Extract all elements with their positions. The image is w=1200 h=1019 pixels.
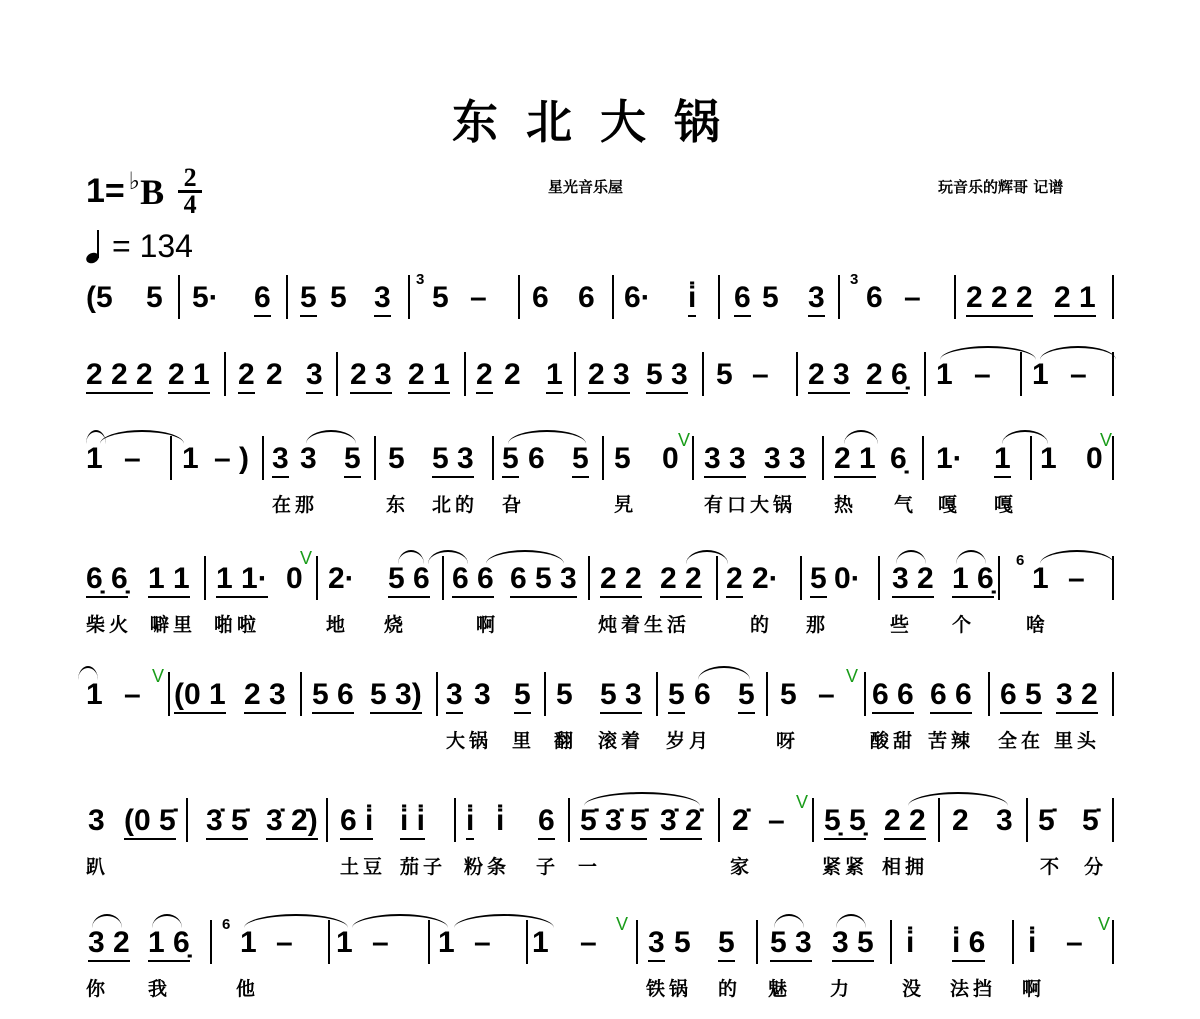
slur-arc	[454, 914, 554, 928]
breath-mark-icon: V	[1098, 914, 1110, 935]
note: 6 i̇	[340, 806, 373, 840]
note: 6	[578, 283, 595, 313]
slur-arc	[844, 430, 878, 444]
barline	[1112, 436, 1114, 480]
publisher-label: 星光音乐屋	[548, 176, 623, 197]
note: 5 6	[388, 564, 430, 598]
lyric: 柴火	[86, 610, 132, 637]
lyric: 岁月	[666, 726, 712, 753]
grace-note: 6	[1016, 554, 1024, 568]
note: 1	[182, 444, 199, 474]
note: 3 5	[832, 928, 874, 962]
slur-arc	[428, 550, 468, 564]
lyric: 你	[86, 974, 109, 1001]
barline	[374, 436, 376, 480]
note: 5	[330, 283, 347, 313]
note: 3	[374, 283, 391, 317]
barline	[574, 352, 576, 396]
barline	[796, 352, 798, 396]
barline	[1026, 798, 1028, 842]
barline	[878, 556, 880, 600]
lyric: 茄子	[400, 852, 446, 879]
barline	[544, 672, 546, 716]
lyric: 紧紧	[822, 852, 868, 879]
barline	[988, 672, 990, 716]
note: 5 3)	[370, 680, 422, 714]
note: 5	[718, 928, 735, 962]
lyric: 魅	[768, 974, 791, 1001]
note: 6 6	[452, 564, 494, 598]
note: 6	[734, 283, 751, 317]
lyric: 那	[806, 610, 829, 637]
lyric: 苦辣	[928, 726, 974, 753]
note: 6	[532, 283, 549, 313]
barline	[822, 436, 824, 480]
breath-mark-icon: V	[152, 666, 164, 687]
note: 5	[432, 283, 449, 313]
note: 5	[716, 360, 733, 390]
note: 1·	[936, 444, 963, 474]
barline	[262, 436, 264, 480]
lyric: 全在	[998, 726, 1044, 753]
barline	[286, 275, 288, 319]
barline	[766, 672, 768, 716]
note: –	[470, 283, 487, 313]
note: 1	[240, 928, 257, 958]
lyric: 的	[750, 610, 773, 637]
note: –	[1068, 564, 1085, 594]
note: 2·	[752, 564, 779, 594]
lyric: 啪啦	[214, 610, 260, 637]
note: 5	[762, 283, 779, 313]
note: 3	[474, 680, 491, 710]
note: 2 6̣	[866, 360, 908, 394]
slur-arc	[1040, 346, 1116, 360]
note: 5	[344, 444, 361, 478]
barline	[210, 920, 212, 964]
note: – )	[214, 444, 249, 474]
slur-arc	[306, 430, 356, 444]
note: 3	[88, 806, 105, 836]
note: 5	[300, 283, 317, 317]
note: 5	[514, 680, 531, 714]
note: –	[580, 928, 597, 958]
note: 0·	[834, 564, 861, 594]
lyric: 噼里	[150, 610, 196, 637]
barline	[998, 556, 1000, 600]
barline	[838, 275, 840, 319]
barline	[718, 275, 720, 319]
note: 3 2	[892, 564, 934, 598]
note: 3	[300, 444, 317, 474]
slur-arc	[940, 346, 1036, 360]
time-signature: 2 4	[178, 166, 202, 217]
note: 6	[538, 806, 555, 840]
note: 6	[866, 283, 883, 313]
barline	[1112, 672, 1114, 716]
slur-arc	[1040, 550, 1114, 564]
lyric: 个	[952, 610, 975, 637]
note: –	[124, 444, 141, 474]
breath-mark-icon: V	[846, 666, 858, 687]
barline	[408, 275, 410, 319]
note: (0 5̇	[124, 806, 176, 840]
note: 5	[810, 564, 827, 598]
barline	[492, 436, 494, 480]
slur-arc	[398, 550, 424, 564]
note: 5	[780, 680, 797, 710]
lyric: 气	[894, 490, 917, 517]
note: 6̣ 6̣	[86, 564, 128, 598]
lyric: 热	[834, 490, 857, 517]
slur-arc	[1002, 430, 1048, 444]
note: 6·	[624, 283, 651, 313]
note: 2	[952, 806, 969, 836]
note: 3	[306, 360, 323, 394]
lyric: 些	[890, 610, 913, 637]
slur-arc	[78, 666, 98, 680]
note: 1 1·	[216, 564, 268, 598]
note: 3̇ 2̇)	[266, 806, 318, 840]
barline	[168, 672, 170, 716]
note: 0	[662, 444, 679, 474]
slur-arc	[836, 914, 866, 928]
lyric: 滚着	[598, 726, 644, 753]
barline	[756, 920, 758, 964]
note: –	[818, 680, 835, 710]
barline	[922, 436, 924, 480]
note: 6 6	[930, 680, 972, 714]
lyric: 地	[326, 610, 349, 637]
barline	[636, 920, 638, 964]
lyric: 啥	[1026, 610, 1049, 637]
barline	[602, 436, 604, 480]
lyric: 旯	[614, 490, 637, 517]
barline	[336, 352, 338, 396]
note: 2 2	[884, 806, 926, 840]
note: –	[1066, 928, 1083, 958]
note: –	[904, 283, 921, 313]
slur-arc	[698, 666, 750, 680]
slur-arc	[92, 914, 122, 928]
slur-arc	[774, 914, 804, 928]
barline	[1112, 920, 1114, 964]
lyric: 我	[148, 974, 171, 1001]
note: 3	[446, 680, 463, 714]
lyric: 趴	[86, 852, 109, 879]
barline	[800, 556, 802, 600]
note: 2 1	[834, 444, 876, 478]
note: 5	[738, 680, 755, 714]
lyric: 不	[1040, 852, 1063, 879]
barline	[436, 672, 438, 716]
key-prefix: 1=	[86, 172, 125, 211]
note: 2 2	[600, 564, 642, 598]
barline	[954, 275, 956, 319]
lyric: 相拥	[882, 852, 928, 879]
barline	[178, 275, 180, 319]
note: 2	[266, 360, 283, 390]
slur-arc	[100, 430, 184, 444]
lyric: 有口大锅	[704, 490, 796, 517]
lyric: 里头	[1054, 726, 1100, 753]
barline	[924, 352, 926, 396]
note: 2 3	[588, 360, 630, 394]
lyric: 一	[578, 852, 601, 879]
lyric: 分	[1084, 852, 1107, 879]
lyric: 粉条	[464, 852, 510, 879]
note: 2 1	[408, 360, 450, 394]
note: 5̇	[1038, 806, 1055, 836]
breath-mark-icon: V	[300, 548, 312, 569]
key-signature: 1= ♭ B 2 4	[86, 166, 202, 217]
tempo-marking: = 134	[86, 228, 193, 265]
note: i̇ 6	[952, 928, 985, 962]
slur-arc	[486, 550, 564, 564]
barline	[300, 672, 302, 716]
barline	[186, 798, 188, 842]
note: 6 5	[1000, 680, 1042, 714]
slur-arc	[956, 550, 986, 564]
note: 2·	[328, 564, 355, 594]
lyric: 北的	[432, 490, 478, 517]
lyric: 里	[512, 726, 535, 753]
note: 3 3	[764, 444, 806, 478]
note: 5	[614, 444, 631, 474]
note: 2 2 2	[86, 360, 153, 394]
note: –	[474, 928, 491, 958]
note: –	[276, 928, 293, 958]
barline	[204, 556, 206, 600]
slur-arc	[244, 914, 348, 928]
lyric: 的	[718, 974, 741, 1001]
meter-top: 2	[184, 166, 197, 190]
note: i̇	[906, 928, 914, 958]
grace-note: 6	[222, 918, 230, 932]
breath-mark-icon: V	[616, 914, 628, 935]
note: 1	[532, 928, 549, 958]
note: –	[1070, 360, 1087, 390]
note: 5̣ 5̣	[824, 806, 866, 840]
flat-symbol: ♭	[129, 167, 140, 196]
note: 1	[86, 680, 103, 710]
note: 1	[336, 928, 353, 958]
lyric: 啊	[476, 610, 499, 637]
note: 6	[254, 283, 271, 317]
note: 6 5 3	[510, 564, 577, 598]
note: 5 3	[600, 680, 642, 714]
note: 3	[808, 283, 825, 317]
note: 1	[546, 360, 563, 394]
note: 2 2	[660, 564, 702, 598]
note: 5̇	[1082, 806, 1099, 836]
lyric: 他	[236, 974, 259, 1001]
barline	[864, 672, 866, 716]
note: 2̇	[732, 806, 749, 836]
note: i̇ i̇	[400, 806, 425, 840]
note: 1 1	[148, 564, 190, 598]
breath-mark-icon: V	[1100, 430, 1112, 451]
barline	[464, 352, 466, 396]
barline	[1112, 798, 1114, 842]
note: 2 2 2	[966, 283, 1033, 317]
meter-bottom: 4	[184, 193, 197, 217]
note: i̇	[466, 806, 474, 840]
lyric: 呀	[776, 726, 799, 753]
lyric: 家	[730, 852, 753, 879]
note: 5	[572, 444, 589, 478]
note: 3	[996, 806, 1013, 836]
note: 2	[476, 360, 493, 394]
note: 5·	[192, 283, 219, 313]
slur-arc	[584, 792, 700, 806]
slur-arc	[896, 550, 926, 564]
breath-mark-icon: V	[796, 792, 808, 813]
note: –	[372, 928, 389, 958]
note: 1	[86, 444, 103, 474]
note: 5	[502, 444, 519, 478]
barline	[612, 275, 614, 319]
lyric: 土豆	[340, 852, 386, 879]
note: 6	[694, 680, 711, 710]
tempo-value: = 134	[112, 228, 193, 265]
lyric: 力	[830, 974, 853, 1001]
note: 5 3	[646, 360, 688, 394]
note: 5 6	[312, 680, 354, 714]
barline	[316, 556, 318, 600]
note: 2	[238, 360, 255, 394]
note: (5	[86, 283, 113, 313]
grace-note: 3	[416, 273, 424, 287]
note: 3	[272, 444, 289, 478]
note: 3 3	[704, 444, 746, 478]
note: 2 1	[168, 360, 210, 394]
note: 2 3	[808, 360, 850, 394]
note: i̇	[1028, 928, 1036, 958]
note: 5	[668, 680, 685, 714]
note: 2	[504, 360, 521, 390]
note: 3̇ 5̇	[206, 806, 248, 840]
note: 2	[726, 564, 743, 598]
note: 2 3	[350, 360, 392, 394]
note: i̇	[496, 806, 504, 836]
note: i̇	[688, 283, 696, 317]
grace-note: 3	[850, 273, 858, 287]
note: 1 6̣	[148, 928, 190, 962]
slur-arc	[152, 914, 182, 928]
note: 6 6	[872, 680, 914, 714]
song-title: 东北大锅	[0, 86, 1200, 152]
quarter-note-icon	[86, 229, 106, 265]
note: 5	[146, 283, 163, 313]
slur-arc	[908, 792, 1008, 806]
lyric: 翻	[554, 726, 577, 753]
barline	[1112, 275, 1114, 319]
barline	[454, 798, 456, 842]
barline	[1012, 920, 1014, 964]
barline	[588, 556, 590, 600]
slur-arc	[508, 430, 586, 444]
barline	[568, 798, 570, 842]
note: 2 1	[1054, 283, 1096, 317]
lyric: 大锅	[446, 726, 492, 753]
note: 5 3	[770, 928, 812, 962]
barline	[326, 798, 328, 842]
lyric: 没	[902, 974, 925, 1001]
note: 3	[648, 928, 665, 962]
note: 1	[1032, 564, 1049, 594]
note: –	[974, 360, 991, 390]
note: 1	[1040, 444, 1057, 474]
note: 5	[388, 444, 405, 474]
note: –	[768, 806, 785, 836]
note: 3 2	[1056, 680, 1098, 714]
note: 5	[674, 928, 691, 958]
barline	[718, 798, 720, 842]
note: 5 3	[432, 444, 474, 478]
note: –	[124, 680, 141, 710]
note: (0 1	[174, 680, 226, 714]
note: 1	[994, 444, 1011, 478]
note: 1	[438, 928, 455, 958]
barline	[890, 920, 892, 964]
lyric: 东	[386, 490, 409, 517]
lyric: 在那	[272, 490, 318, 517]
barline	[224, 352, 226, 396]
note: 3̇ 2̇	[660, 806, 702, 840]
barline	[812, 798, 814, 842]
breath-mark-icon: V	[678, 430, 690, 451]
lyric: 烧	[384, 610, 407, 637]
barline	[702, 352, 704, 396]
lyric: 炖着生活	[598, 610, 690, 637]
slur-arc	[352, 914, 448, 928]
lyric: 法挡	[950, 974, 996, 1001]
transcriber-label: 玩音乐的辉哥 记谱	[938, 176, 1063, 197]
lyric: 嘎	[994, 490, 1017, 517]
note: 1	[1032, 360, 1049, 390]
lyric: 铁锅	[646, 974, 692, 1001]
note: 1	[936, 360, 953, 390]
barline	[692, 436, 694, 480]
note: 5	[556, 680, 573, 710]
lyric: 啊	[1022, 974, 1045, 1001]
note: 3 2	[88, 928, 130, 962]
lyric: 嘎	[938, 490, 961, 517]
note: 2 3	[244, 680, 286, 714]
lyric: 酸甜	[870, 726, 916, 753]
note: –	[752, 360, 769, 390]
note: 1 6̣	[952, 564, 994, 598]
slur-arc	[686, 550, 728, 564]
note: 6̣	[890, 444, 907, 474]
lyric: 旮	[502, 490, 525, 517]
barline	[518, 275, 520, 319]
lyric: 子	[536, 852, 559, 879]
note: 6	[528, 444, 545, 474]
note: 5̇ 3̇ 5̇	[580, 806, 647, 840]
barline	[656, 672, 658, 716]
key-note: B	[140, 171, 164, 213]
